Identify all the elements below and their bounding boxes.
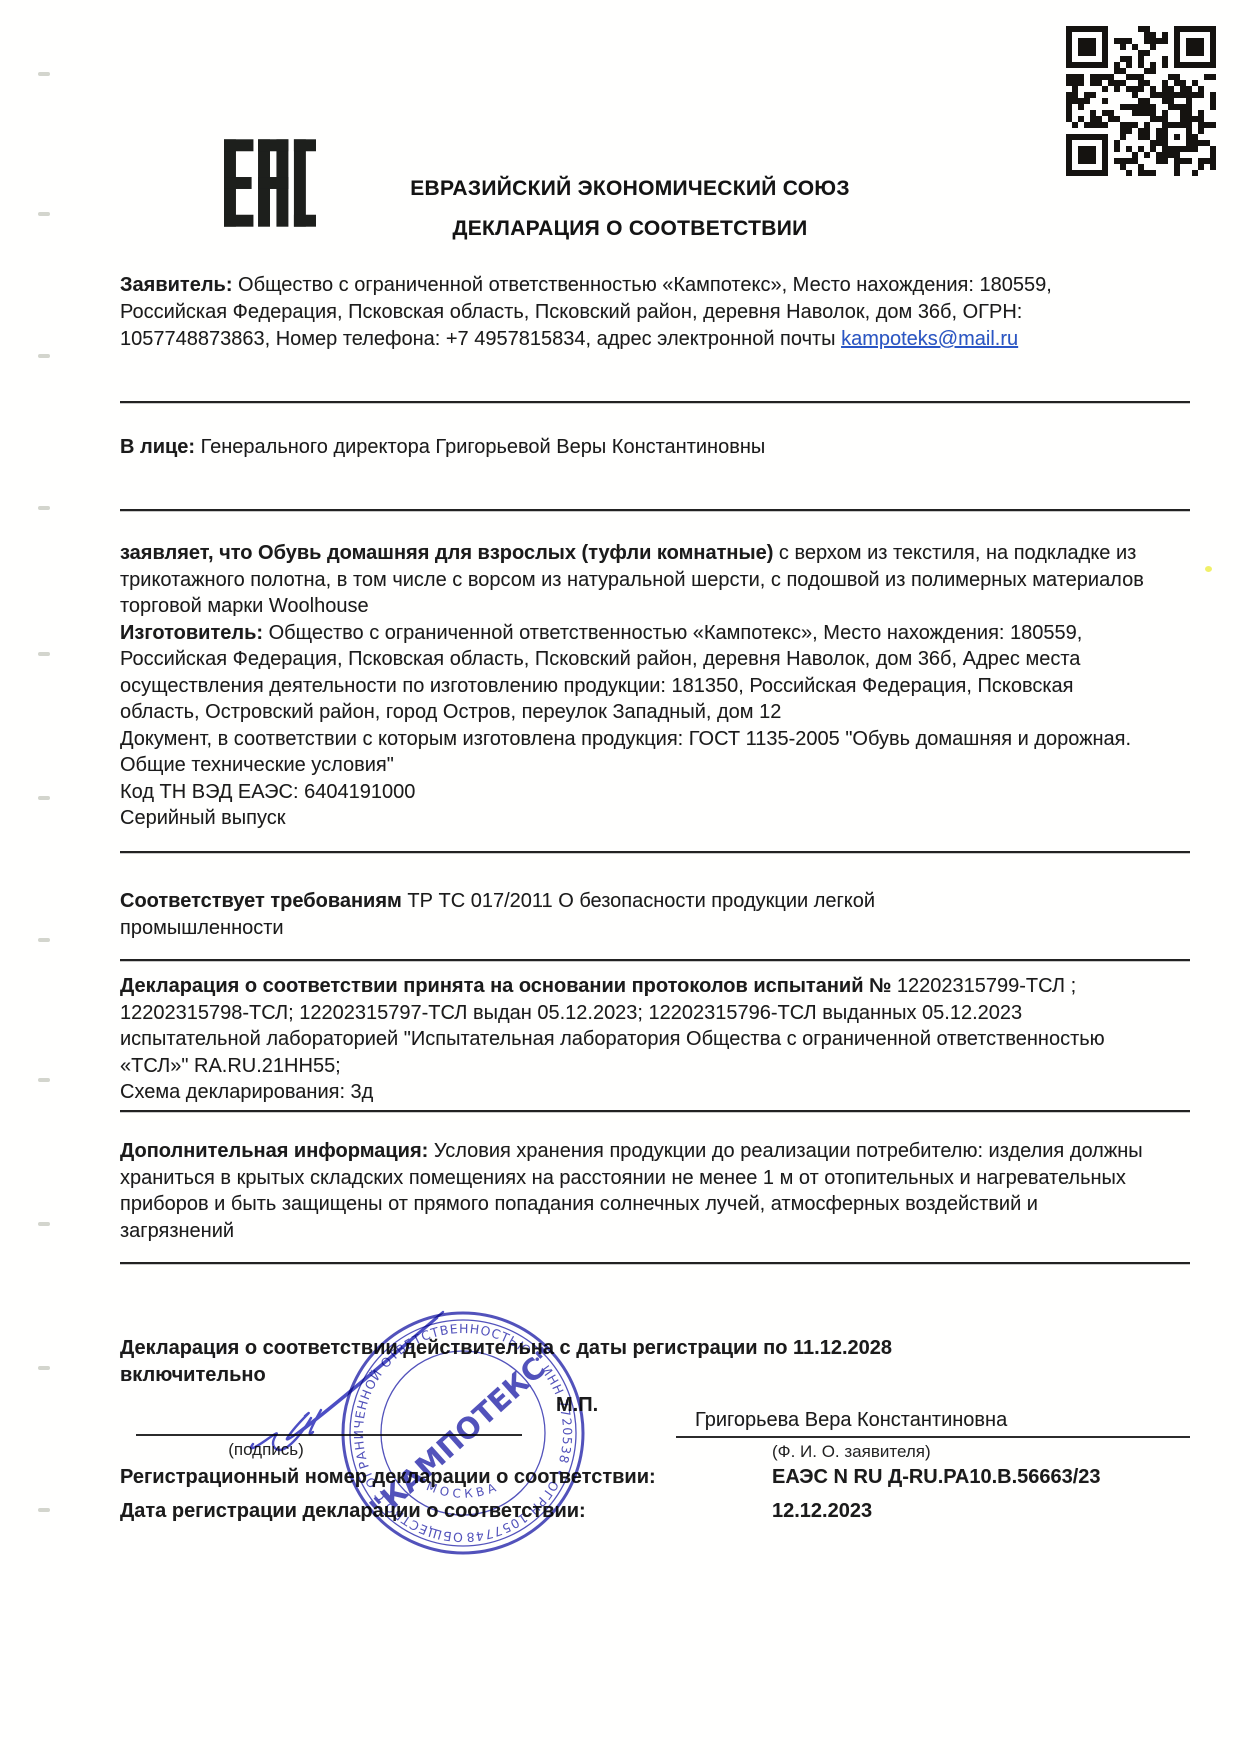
signer-name-line — [676, 1436, 1190, 1438]
manufacturer-text: Общество с ограниченной ответственностью… — [120, 622, 1082, 724]
protocols-label: Декларация о соответствии принята на осн… — [120, 975, 891, 997]
divider — [120, 1110, 1190, 1112]
scan-tick — [38, 506, 50, 510]
protocols-paragraph: Декларация о соответствии принята на осн… — [120, 973, 1150, 1106]
divider — [120, 959, 1190, 961]
stamp-bottom-text: МОСКВА — [424, 1479, 501, 1501]
scan-tick — [38, 796, 50, 800]
scan-tick — [38, 1222, 50, 1226]
divider — [120, 851, 1190, 853]
compliance-paragraph: Соответствует требованиям ТР ТС 017/2011… — [120, 888, 1000, 941]
scan-tick — [38, 1366, 50, 1370]
registration-number-value: ЕАЭС N RU Д-RU.РА10.В.56663/23 — [772, 1464, 1101, 1491]
scan-speck — [1205, 566, 1212, 572]
document-title: ДЕКЛАРАЦИЯ О СООТВЕТСТВИИ — [120, 217, 1140, 241]
divider — [120, 509, 1190, 511]
scan-tick — [38, 938, 50, 942]
declaration-scheme-line: Схема декларирования: 3д — [120, 1081, 373, 1103]
declares-label: заявляет, что — [120, 542, 253, 564]
name-caption: (Ф. И. О. заявителя) — [772, 1442, 931, 1462]
svg-text:ОБЩЕСТВО С ОГРАНИЧЕННОЙ ОТВЕТС: ОБЩЕСТВО С ОГРАНИЧЕННОЙ ОТВЕТСТВЕННОСТЬЮ… — [298, 1268, 575, 1545]
declaration-paragraph: заявляет, что Обувь домашняя для взрослы… — [120, 540, 1150, 832]
additional-info-label: Дополнительная информация: — [120, 1140, 428, 1162]
product-name: Обувь домашняя для взрослых (туфли комна… — [253, 542, 774, 564]
company-stamp: ОБЩЕСТВО С ОГРАНИЧЕННОЙ ОТВЕТСТВЕННОСТЬЮ… — [298, 1268, 628, 1598]
declaration-document: ЕВРАЗИЙСКИЙ ЭКОНОМИЧЕСКИЙ СОЮЗ ДЕКЛАРАЦИ… — [0, 0, 1240, 1754]
scan-tick — [38, 652, 50, 656]
scan-tick — [38, 72, 50, 76]
person-text: Генерального директора Григорьевой Веры … — [195, 436, 765, 458]
tnved-code-line: Код ТН ВЭД ЕАЭС: 6404191000 — [120, 781, 415, 803]
scan-tick — [38, 212, 50, 216]
signer-name: Григорьева Вера Константиновна — [695, 1407, 1007, 1434]
registration-date-value: 12.12.2023 — [772, 1498, 872, 1525]
svg-text:МОСКВА: МОСКВА — [424, 1479, 501, 1501]
manufacture-document-line: Документ, в соответствии с которым изгот… — [120, 728, 1131, 777]
person-paragraph: В лице: Генерального директора Григорьев… — [120, 434, 1120, 461]
divider — [120, 401, 1190, 403]
serial-release-line: Серийный выпуск — [120, 807, 286, 829]
qr-code — [1066, 26, 1216, 176]
scan-tick — [38, 354, 50, 358]
manufacturer-label: Изготовитель: — [120, 622, 263, 644]
stamp-ring-text: ОБЩЕСТВО С ОГРАНИЧЕННОЙ ОТВЕТСТВЕННОСТЬЮ… — [298, 1268, 575, 1545]
scan-tick — [38, 1508, 50, 1512]
applicant-label: Заявитель: — [120, 274, 233, 296]
divider — [120, 1262, 1190, 1264]
person-label: В лице: — [120, 436, 195, 458]
applicant-email-link[interactable]: kampoteks@mail.ru — [841, 328, 1018, 350]
applicant-paragraph: Заявитель: Общество с ограниченной ответ… — [120, 272, 1150, 353]
union-title: ЕВРАЗИЙСКИЙ ЭКОНОМИЧЕСКИЙ СОЮЗ — [120, 177, 1140, 201]
additional-info-paragraph: Дополнительная информация: Условия хране… — [120, 1138, 1155, 1244]
scan-tick — [38, 1078, 50, 1082]
compliance-label: Соответствует требованиям — [120, 890, 402, 912]
